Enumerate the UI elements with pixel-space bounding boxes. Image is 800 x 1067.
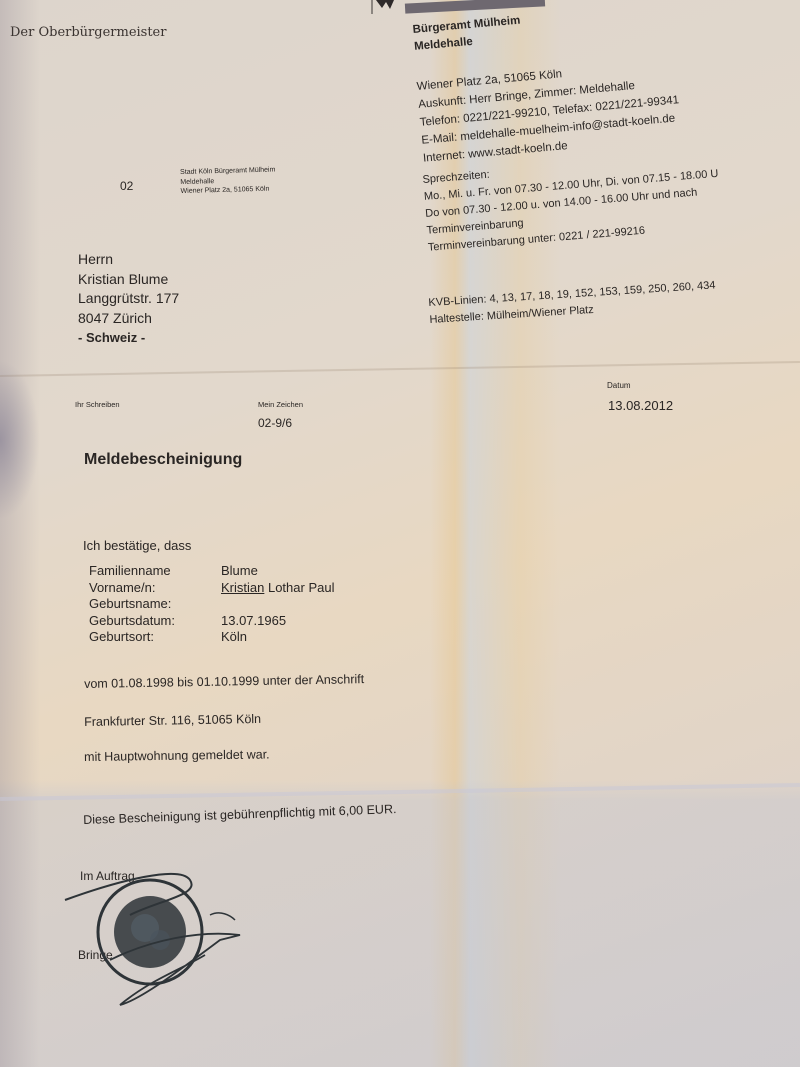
datum-label: Datum — [607, 381, 631, 390]
field-value: 13.07.1965 — [221, 613, 286, 630]
field-label: Geburtsort: — [89, 629, 221, 646]
city-crest-icon — [368, 0, 398, 14]
field-label: Geburtsdatum: — [89, 613, 221, 630]
sender-code: 02 — [120, 179, 133, 193]
middle-names: Lothar Paul — [264, 580, 334, 595]
field-row: Vorname/n: Kristian Lothar Paul — [89, 580, 334, 597]
mein-zeichen-label: Mein Zeichen — [258, 400, 303, 409]
recipient-street: Langgrütstr. 177 — [78, 289, 179, 309]
recipient-address: Herrn Kristian Blume Langgrütstr. 177 80… — [78, 250, 179, 348]
sender-address: Stadt Köln Bürgeramt Mülheim Meldehalle … — [180, 166, 276, 197]
field-row: Geburtsort: Köln — [89, 629, 334, 646]
datum-value: 13.08.2012 — [608, 398, 673, 413]
recipient-salutation: Herrn — [78, 250, 179, 270]
shadow — [0, 360, 40, 520]
field-row: Geburtsdatum: 13.07.1965 — [89, 613, 334, 630]
authority-title: Der Oberbürgermeister — [10, 25, 166, 40]
recipient-name: Kristian Blume — [78, 270, 179, 290]
personal-data-fields: Familienname Blume Vorname/n: Kristian L… — [89, 563, 334, 646]
mein-zeichen-value: 02-9/6 — [258, 416, 292, 430]
field-value: Köln — [221, 629, 247, 646]
recipient-city: 8047 Zürich — [78, 309, 179, 329]
field-value: Blume — [221, 563, 258, 580]
main-residence-note: mit Hauptwohnung gemeldet war. — [84, 747, 270, 764]
field-row: Geburtsname: — [89, 596, 334, 613]
field-label: Geburtsname: — [89, 596, 221, 613]
first-name-underlined: Kristian — [221, 580, 264, 595]
document-title: Meldebescheinigung — [84, 451, 242, 469]
confirmation-intro: Ich bestätige, dass — [83, 538, 191, 553]
field-label: Vorname/n: — [89, 580, 221, 597]
recipient-country: - Schweiz - — [78, 328, 179, 348]
field-value: Kristian Lothar Paul — [221, 580, 334, 597]
official-seal-stamp-icon — [60, 860, 260, 1020]
field-label: Familienname — [89, 563, 221, 580]
field-row: Familienname Blume — [89, 563, 334, 580]
ihr-schreiben-label: Ihr Schreiben — [75, 400, 120, 409]
